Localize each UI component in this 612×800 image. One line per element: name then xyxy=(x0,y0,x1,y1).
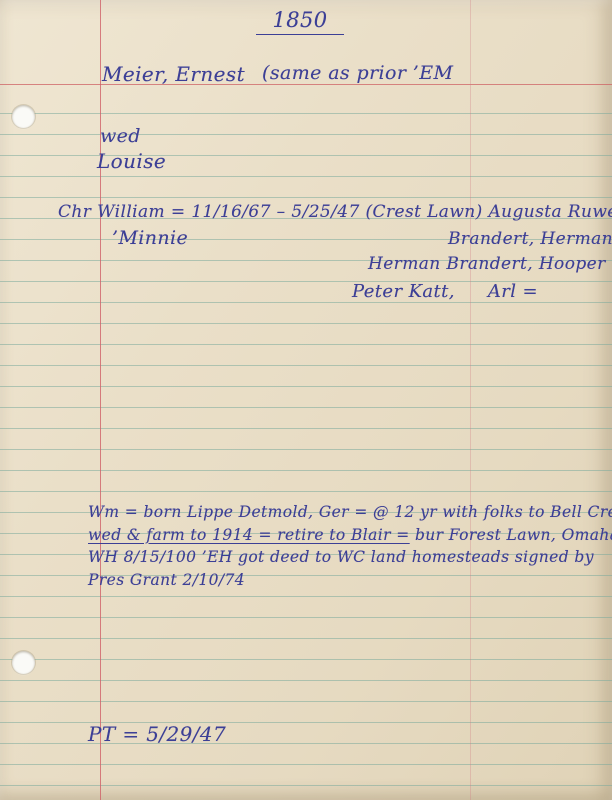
notebook-page: 1850 Meier, Ernest (same as prior ’EM we… xyxy=(0,0,612,800)
louise-name: Louise xyxy=(97,149,166,173)
peter-katt-entry: Peter Katt, Arl = xyxy=(352,281,538,302)
hole-punch-top-icon xyxy=(12,105,35,128)
year-text: 1850 xyxy=(256,8,343,35)
herman-brandert-hooper-entry: Herman Brandert, Hooper xyxy=(368,254,606,274)
top-margin-line xyxy=(0,84,612,85)
minnie-name: ’Minnie xyxy=(112,227,188,249)
wed-label: wed xyxy=(100,125,141,147)
left-margin-line xyxy=(100,0,101,800)
peter-katt-name: Peter Katt, xyxy=(352,281,455,302)
brandert-herman-entry: Brandert, Herman xyxy=(448,229,612,249)
william-entry: Chr William = 11/16/67 – 5/25/47 (Crest … xyxy=(58,202,612,222)
hole-punch-bottom-icon xyxy=(12,651,35,674)
year-heading: 1850 xyxy=(250,8,350,35)
surname-note: (same as prior ’EM xyxy=(262,62,453,84)
bio-line-2-underlined: wed & farm to 1914 = retire to Blair = xyxy=(88,526,410,544)
bio-line-2: wed & farm to 1914 = retire to Blair = b… xyxy=(88,524,612,547)
bio-line-3: WH 8/15/100 ’EH got deed to WC land home… xyxy=(88,546,612,569)
bio-line-4: Pres Grant 2/10/74 xyxy=(88,569,612,592)
surname-heading: Meier, Ernest xyxy=(102,62,245,86)
right-faint-line xyxy=(470,0,471,800)
bio-line-1: Wm = born Lippe Detmold, Ger = @ 12 yr w… xyxy=(88,501,612,524)
arl-note: Arl = xyxy=(488,281,538,302)
bio-line-2-rest: bur Forest Lawn, Omaha xyxy=(410,526,612,544)
footer-date-note: PT = 5/29/47 xyxy=(88,722,226,746)
biography-paragraph: Wm = born Lippe Detmold, Ger = @ 12 yr w… xyxy=(88,501,612,591)
